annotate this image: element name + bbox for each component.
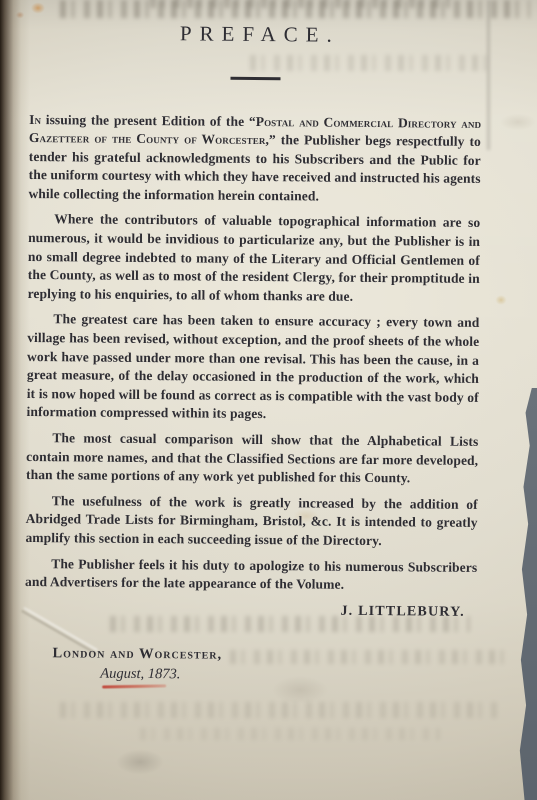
- page-title: PREFACE.: [30, 20, 482, 49]
- preface-body: In issuing the present Edition of the “P…: [25, 110, 481, 595]
- preface-paragraph: Where the contributors of valuable topog…: [28, 210, 481, 307]
- imprint-block: London and Worcester, August, 1873.: [24, 645, 476, 691]
- preface-paragraph: The Publisher feels it his duty to apolo…: [25, 555, 477, 596]
- red-pencil-mark: [102, 684, 166, 688]
- bleed-through-text-band: [60, 702, 500, 718]
- bleed-through-text-band: [140, 728, 440, 740]
- page-content: PREFACE. In issuing the present Edition …: [24, 20, 482, 691]
- paragraph-lead-small-caps: In: [29, 111, 41, 126]
- imprint-date: August, 1873.: [100, 665, 476, 685]
- preface-paragraph: The usefulness of the work is greatly in…: [25, 492, 477, 552]
- paper-crease: [487, 0, 490, 150]
- book-binding-shadow: [0, 0, 30, 800]
- preface-paragraph: In issuing the present Edition of the “P…: [28, 110, 481, 207]
- preface-paragraph: The greatest care has been taken to ensu…: [26, 310, 479, 426]
- bleed-through-text-band: [150, 0, 450, 8]
- signature-text: J. LITTLEBURY.: [25, 601, 477, 621]
- title-divider: [230, 77, 280, 80]
- preface-paragraph: The most casual comparison will show tha…: [26, 429, 478, 489]
- imprint-place: London and Worcester,: [52, 645, 476, 666]
- book-page-photo: PREFACE. In issuing the present Edition …: [0, 0, 537, 800]
- paragraph-text: issuing the present Edition of the “: [41, 112, 256, 129]
